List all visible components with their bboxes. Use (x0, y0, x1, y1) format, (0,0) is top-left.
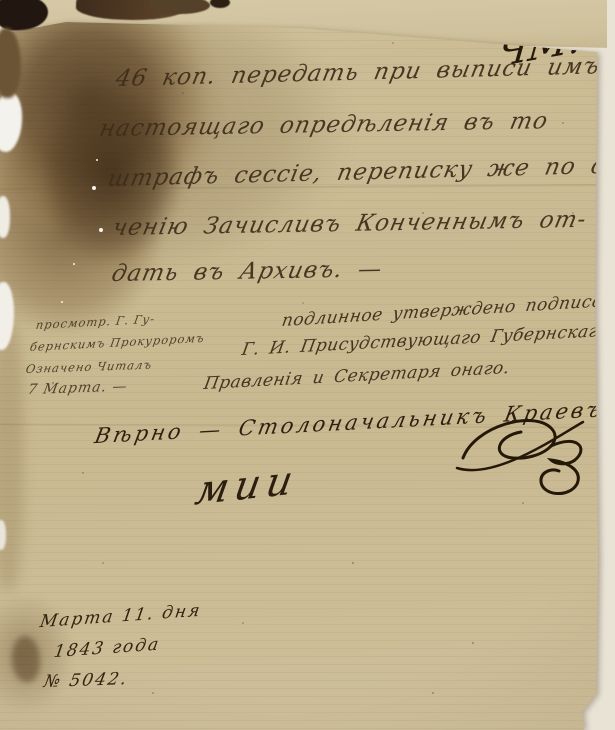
paper-sheet-wrap: ЧМ. 46 коп. передать при выписи имъ съ н… (0, 0, 615, 730)
paper-sheet: ЧМ. 46 коп. передать при выписи имъ съ н… (0, 0, 615, 730)
pinholes (92, 186, 96, 190)
document-scan: ЧМ. 46 коп. передать при выписи имъ съ н… (0, 0, 615, 730)
flourish-stroke (463, 420, 555, 458)
ink-speck (584, 42, 587, 45)
date-line: № 5042. (42, 669, 130, 692)
signature-flourish (455, 408, 595, 508)
main-text-line: дать въ Архивъ. — (109, 256, 385, 287)
